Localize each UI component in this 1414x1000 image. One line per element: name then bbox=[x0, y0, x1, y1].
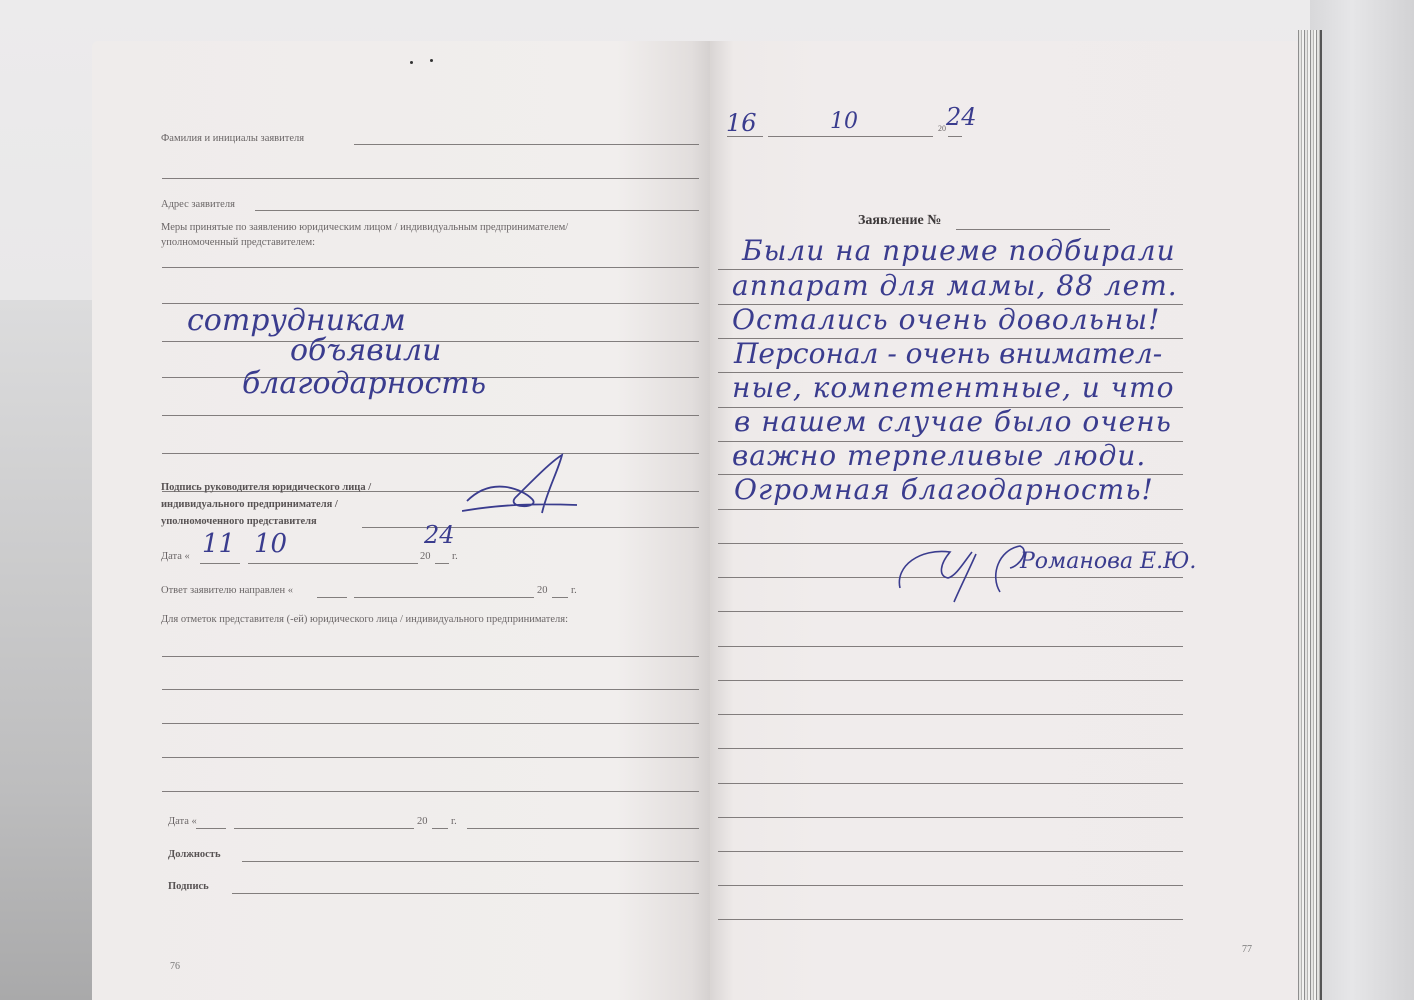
statement-line-8: Огромная благодарность! bbox=[734, 473, 1154, 506]
notes-line[interactable] bbox=[162, 723, 699, 724]
bottom-date-extra-line bbox=[467, 828, 699, 829]
ruled-line bbox=[718, 817, 1183, 818]
header-date-month-line[interactable] bbox=[768, 136, 933, 137]
page-edges bbox=[1298, 30, 1322, 1000]
position-label: Должность bbox=[168, 849, 221, 860]
signature-label-line1: Подпись руководителя юридического лица / bbox=[161, 482, 371, 493]
page-number-right: 77 bbox=[1242, 944, 1252, 955]
applicant-address-line[interactable] bbox=[255, 210, 699, 211]
statement-line-4: Персонал - очень внимател- bbox=[734, 337, 1162, 370]
ruled-line bbox=[718, 748, 1183, 749]
date-year-line[interactable] bbox=[435, 563, 449, 564]
ruled-line bbox=[718, 714, 1183, 715]
response-sent-label: Ответ заявителю направлен « bbox=[161, 585, 293, 596]
ruled-line bbox=[162, 453, 699, 454]
notes-line[interactable] bbox=[162, 757, 699, 758]
background-surface bbox=[0, 300, 92, 1000]
ruled-line bbox=[718, 885, 1183, 886]
bottom-date-year-suffix: г. bbox=[451, 816, 457, 827]
ruled-line bbox=[718, 611, 1183, 612]
statement-number-line[interactable] bbox=[956, 229, 1110, 230]
measures-label-line2: уполномоченный представителем: bbox=[161, 237, 315, 248]
statement-line-5: ные, компетентные, и что bbox=[732, 371, 1175, 404]
ruled-line bbox=[718, 851, 1183, 852]
position-line[interactable] bbox=[242, 861, 699, 862]
speck bbox=[430, 59, 433, 62]
response-month-line[interactable] bbox=[354, 597, 534, 598]
statement-title: Заявление № bbox=[858, 213, 941, 229]
ruled-line bbox=[162, 267, 699, 268]
left-page: Фамилия и инициалы заявителя Адрес заяви… bbox=[92, 41, 710, 1000]
notes-line[interactable] bbox=[162, 791, 699, 792]
date-year-handwriting: 24 bbox=[424, 521, 455, 549]
response-year-line[interactable] bbox=[552, 597, 568, 598]
measures-label-line1: Меры принятые по заявлению юридическим л… bbox=[161, 222, 568, 233]
date-day-line[interactable] bbox=[200, 563, 240, 564]
bottom-date-year-line[interactable] bbox=[432, 828, 448, 829]
response-year-prefix: 20 bbox=[537, 585, 548, 596]
header-date-year-line[interactable] bbox=[948, 136, 962, 137]
response-day-line[interactable] bbox=[317, 597, 347, 598]
bottom-signature-label: Подпись bbox=[168, 881, 209, 892]
date-month-line[interactable] bbox=[248, 563, 418, 564]
right-page: 20 16 10 24 Заявление № Были на приеме п… bbox=[710, 41, 1300, 1000]
manager-signature bbox=[462, 451, 582, 521]
applicant-name-line-2[interactable] bbox=[162, 178, 699, 179]
date-year-suffix: г. bbox=[452, 551, 458, 562]
ruled-line bbox=[718, 680, 1183, 681]
header-date-month: 10 bbox=[830, 109, 858, 134]
measures-handwriting-3: благодарность bbox=[242, 366, 486, 401]
ruled-line bbox=[718, 646, 1183, 647]
applicant-name-label: Фамилия и инициалы заявителя bbox=[161, 133, 304, 144]
statement-line-6: в нашем случае было очень bbox=[734, 405, 1172, 438]
bottom-signature-line[interactable] bbox=[232, 893, 699, 894]
signature-label-line2: индивидуального предпринимателя / bbox=[161, 499, 338, 510]
header-date-year: 24 bbox=[946, 103, 977, 131]
bottom-date-label: Дата « bbox=[168, 816, 197, 827]
date-day-handwriting: 11 bbox=[202, 529, 235, 559]
header-date-year-prefix: 20 bbox=[938, 124, 946, 133]
signature-line[interactable] bbox=[362, 527, 699, 528]
statement-line-1: Были на приеме подбирали bbox=[742, 234, 1176, 267]
measures-handwriting-2: объявили bbox=[290, 333, 441, 368]
response-year-suffix: г. bbox=[571, 585, 577, 596]
ruled-line bbox=[718, 783, 1183, 784]
notes-line[interactable] bbox=[162, 689, 699, 690]
notes-label: Для отметок представителя (-ей) юридичес… bbox=[161, 614, 568, 625]
ruled-line bbox=[162, 415, 699, 416]
signature-label-line3: уполномоченного представителя bbox=[161, 516, 317, 527]
bottom-date-year-prefix: 20 bbox=[417, 816, 428, 827]
statement-line-7: важно терпеливые люди. bbox=[732, 439, 1146, 472]
ruled-line bbox=[718, 919, 1183, 920]
statement-line-3: Остались очень довольны! bbox=[732, 303, 1160, 336]
header-date-day: 16 bbox=[726, 109, 757, 137]
date-label: Дата « bbox=[161, 551, 190, 562]
date-year-prefix: 20 bbox=[420, 551, 431, 562]
speck bbox=[410, 61, 413, 64]
ruled-line bbox=[718, 509, 1183, 510]
notes-line[interactable] bbox=[162, 656, 699, 657]
applicant-name-line[interactable] bbox=[354, 144, 699, 145]
applicant-signature-text: Романова Е.Ю. bbox=[1020, 549, 1196, 574]
bottom-date-month-line[interactable] bbox=[234, 828, 414, 829]
applicant-address-label: Адрес заявителя bbox=[161, 199, 235, 210]
page-number-left: 76 bbox=[170, 961, 180, 972]
date-month-handwriting: 10 bbox=[254, 529, 287, 559]
bottom-date-day-line[interactable] bbox=[196, 828, 226, 829]
background-surface-right bbox=[1310, 0, 1414, 1000]
statement-line-2: аппарат для мамы, 88 лет. bbox=[732, 269, 1178, 302]
